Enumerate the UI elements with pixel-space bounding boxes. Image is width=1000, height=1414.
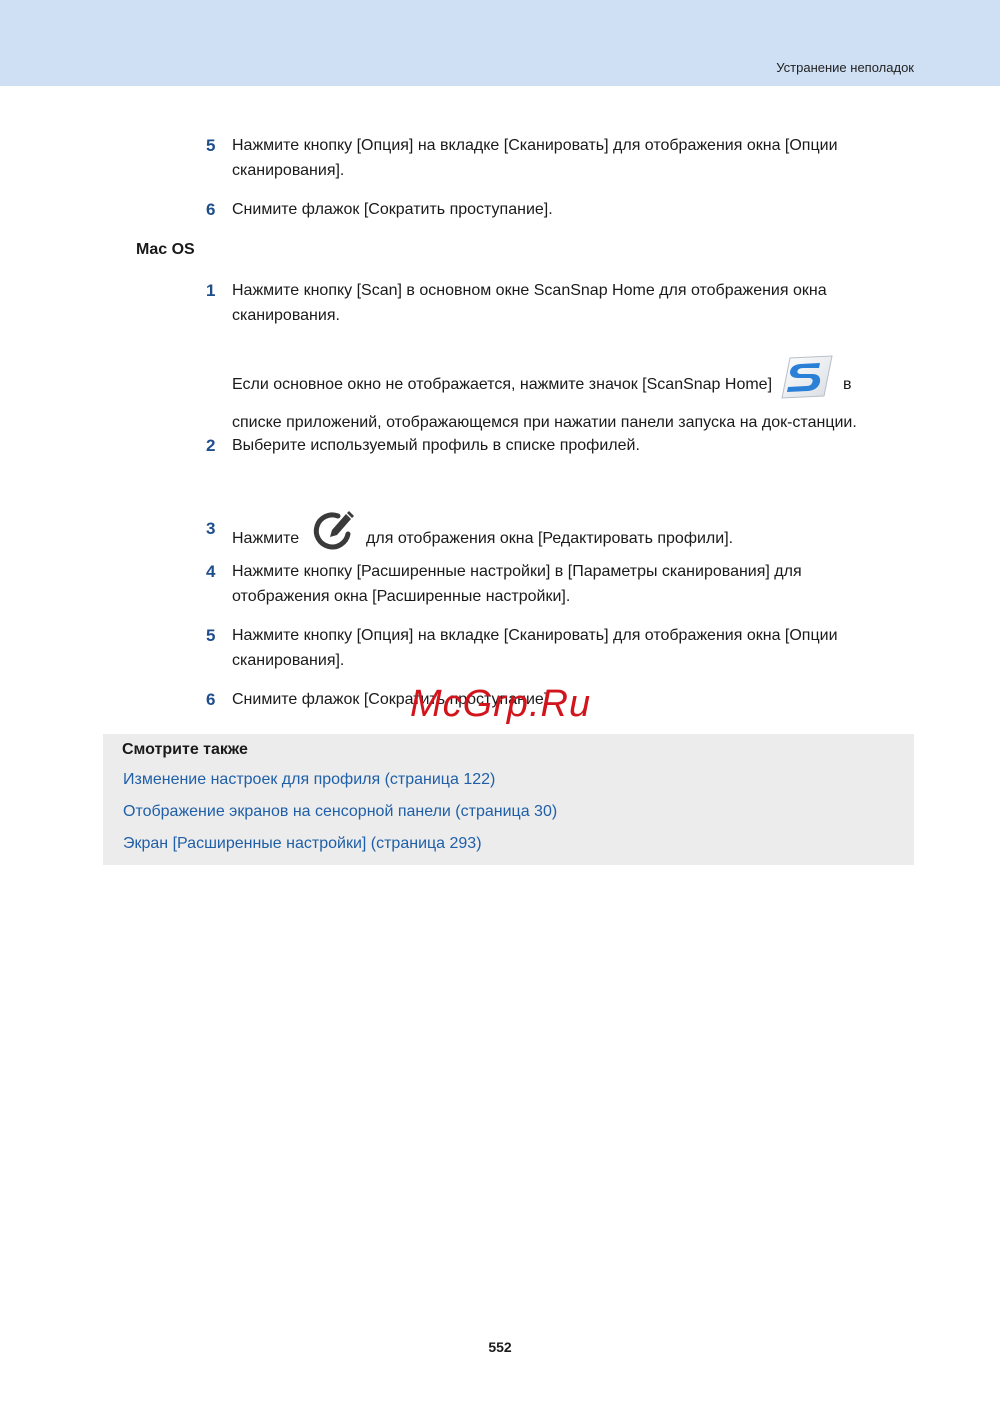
see-also-title: Смотрите также (122, 741, 248, 759)
step-item: 6 Снимите флажок [Сократить проступание]… (206, 197, 896, 222)
step-number: 4 (206, 559, 215, 584)
step-text: Нажмите для отображения окна [Редактиров… (232, 516, 896, 562)
step-item: 2 Выберите используемый профиль в списке… (206, 433, 896, 458)
step-number: 6 (206, 687, 215, 712)
step-text: Нажмите кнопку [Опция] на вкладке [Скани… (232, 133, 896, 183)
step-item: 4 Нажмите кнопку [Расширенные настройки]… (206, 559, 896, 609)
step-number: 5 (206, 623, 215, 648)
scansnap-home-icon (780, 354, 834, 400)
see-also-link[interactable]: Экран [Расширенные настройки] (страница … (123, 835, 482, 853)
see-also-box: Смотрите также Изменение настроек для пр… (103, 734, 914, 865)
step-number: 5 (206, 133, 215, 158)
page-number: 552 (0, 1339, 1000, 1355)
step-number: 3 (206, 516, 215, 541)
step-number: 2 (206, 433, 215, 458)
step-item: 5 Нажмите кнопку [Опция] на вкладке [Ска… (206, 133, 896, 183)
step-text: Выберите используемый профиль в списке п… (232, 433, 896, 458)
section-title-mac-os: Mac OS (136, 241, 195, 259)
see-also-link[interactable]: Изменение настроек для профиля (страница… (123, 771, 495, 789)
step-item: 3 Нажмите для отображения окна [Редактир… (206, 516, 896, 562)
header-band: Устранение неполадок (0, 0, 1000, 86)
step-number: 6 (206, 197, 215, 222)
edit-pencil-icon (310, 506, 356, 552)
see-also-link[interactable]: Отображение экранов на сенсорной панели … (123, 803, 557, 821)
step-text: Нажмите кнопку [Scan] в основном окне Sc… (232, 278, 896, 328)
chapter-title: Устранение неполадок (776, 60, 914, 75)
step-text-before: Нажмите (232, 530, 299, 547)
watermark: McGrp.Ru (410, 683, 591, 726)
note-text-before: Если основное окно не отображается, нажм… (232, 376, 772, 393)
step-item: 5 Нажмите кнопку [Опция] на вкладке [Ска… (206, 623, 896, 673)
step-number: 1 (206, 278, 215, 303)
step-text: Снимите флажок [Сократить проступание]. (232, 197, 896, 222)
step-text: Нажмите кнопку [Опция] на вкладке [Скани… (232, 623, 896, 673)
step-text-after: для отображения окна [Редактировать проф… (366, 530, 733, 547)
step-note: Если основное окно не отображается, нажм… (232, 362, 902, 438)
step-item: 1 Нажмите кнопку [Scan] в основном окне … (206, 278, 896, 328)
step-text: Нажмите кнопку [Расширенные настройки] в… (232, 559, 896, 609)
